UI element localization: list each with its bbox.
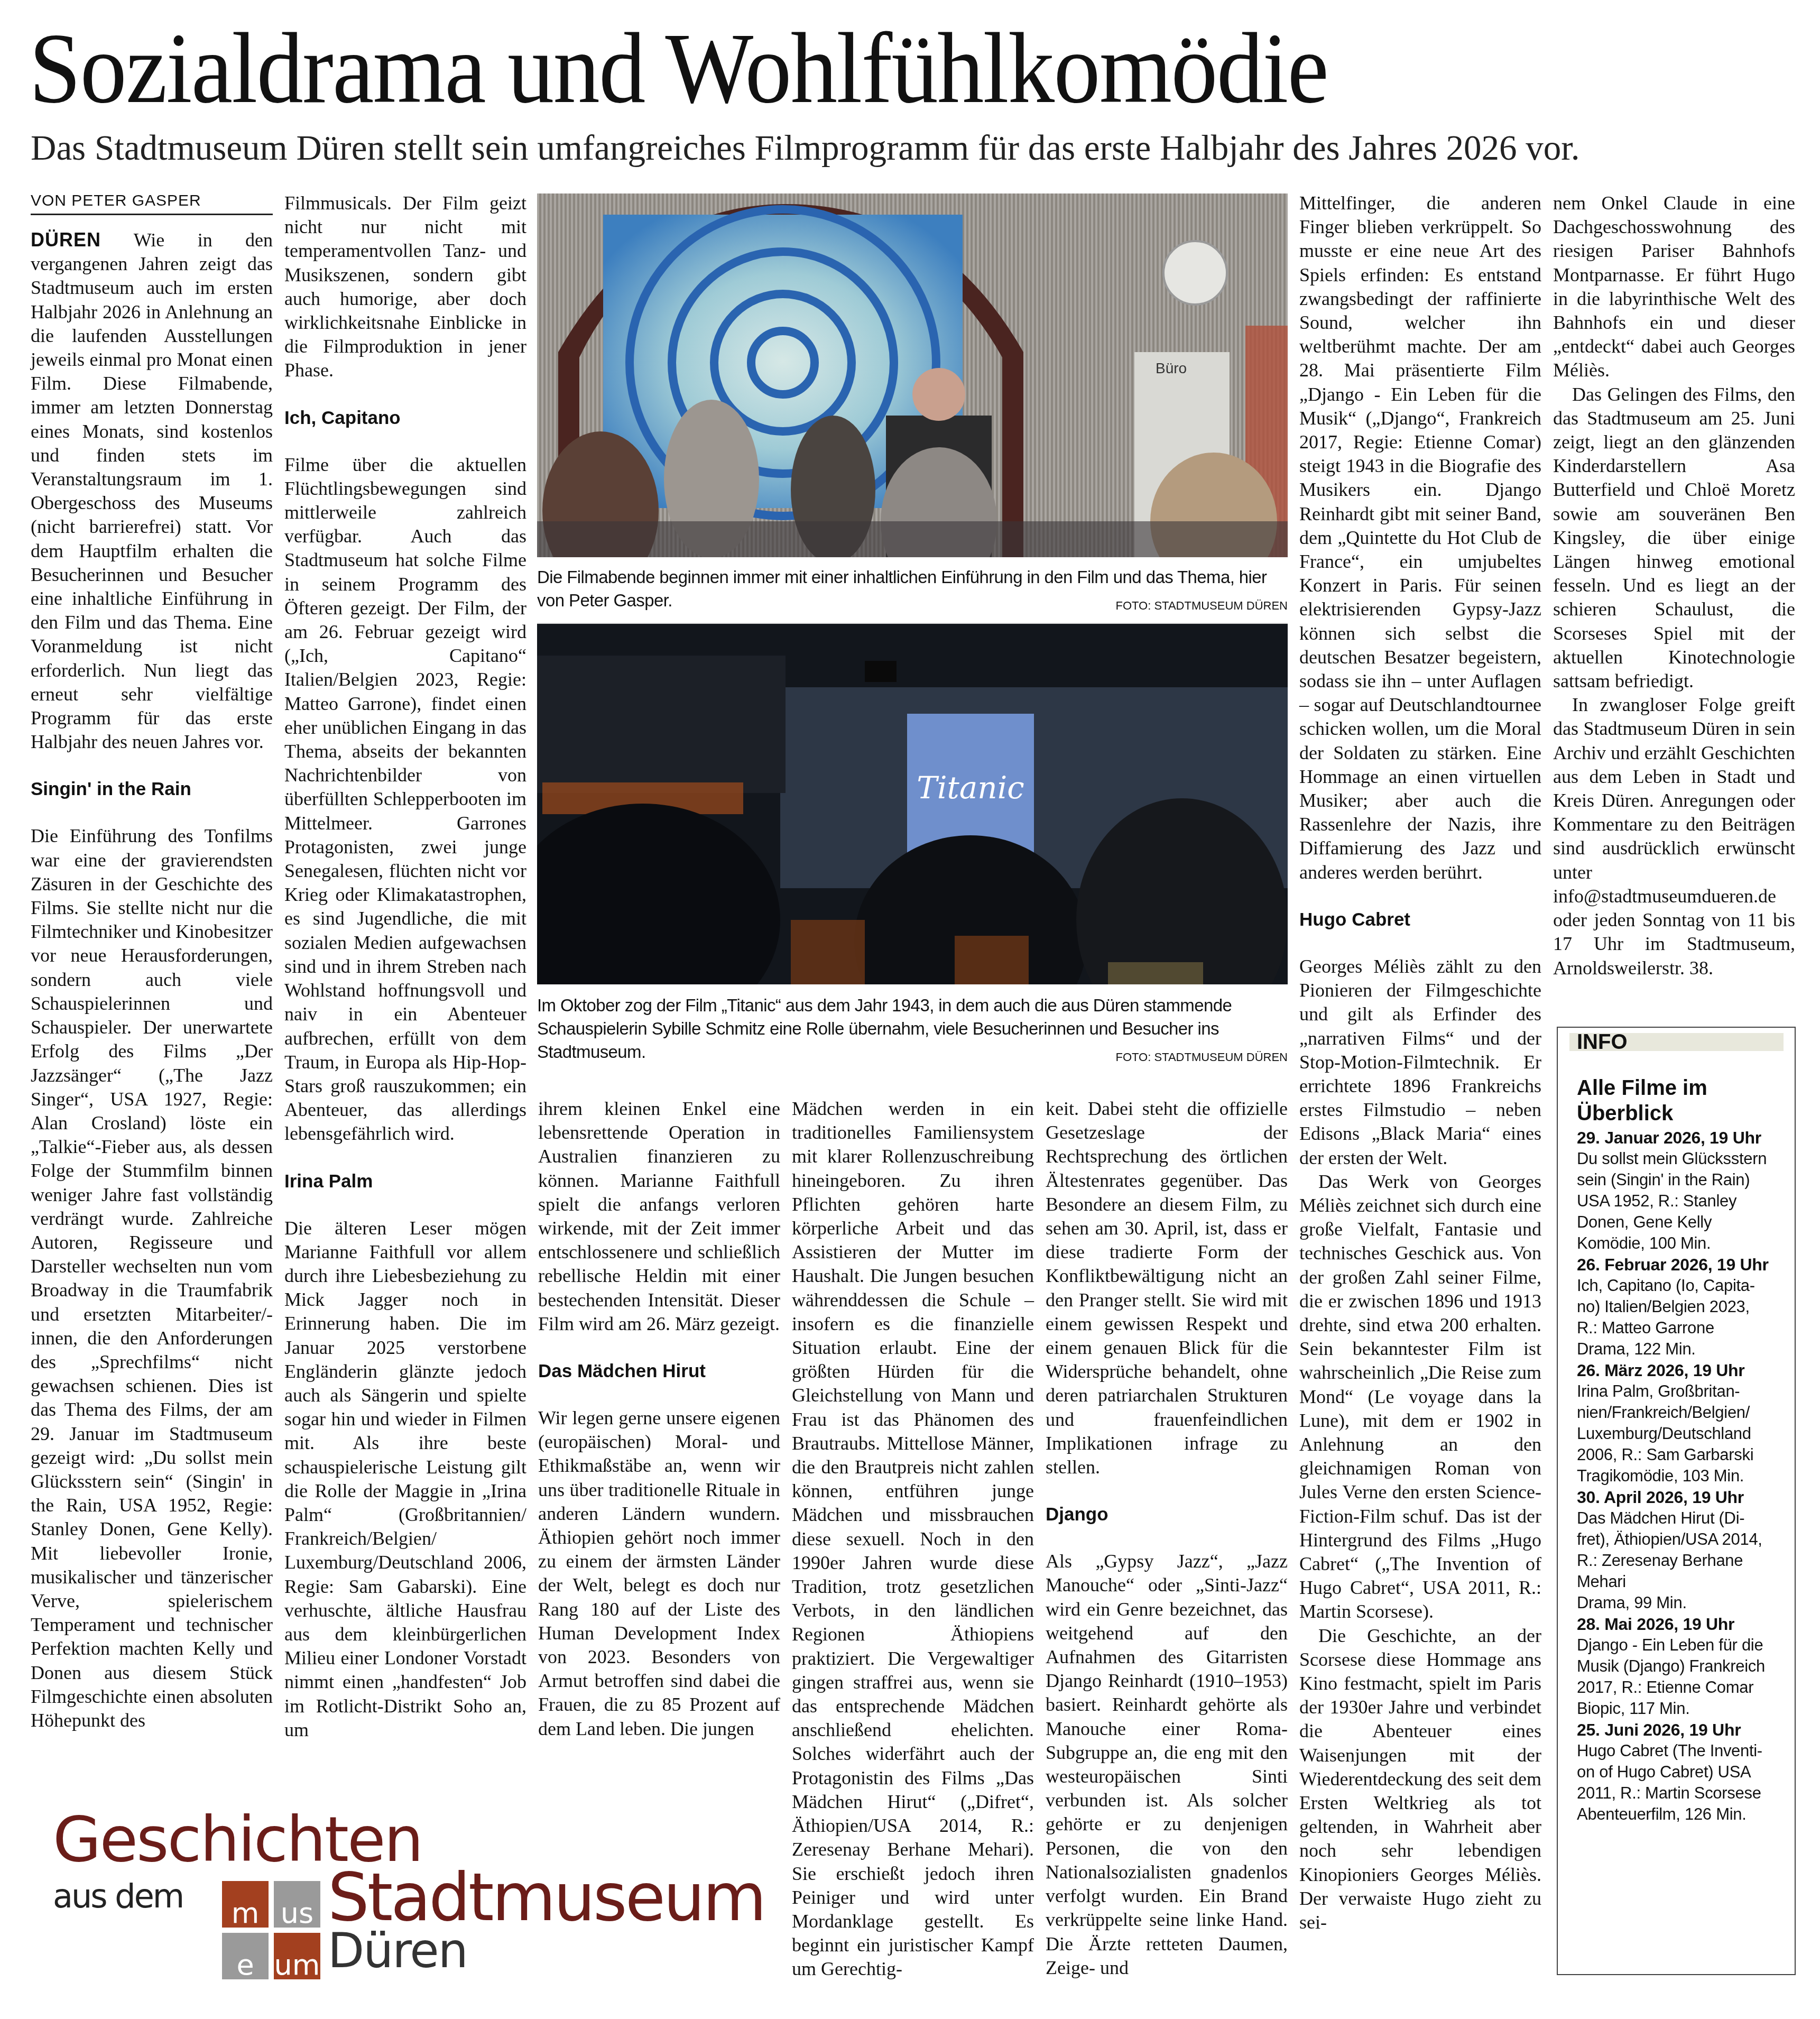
film-detail: no) Italien/Belgien 2023, bbox=[1577, 1296, 1794, 1317]
film-entry: 28. Mai 2026, 19 Uhr Django - Ein Leben … bbox=[1577, 1614, 1794, 1719]
film-detail: Musik (Django) Frankreich bbox=[1577, 1656, 1794, 1677]
byline: VON PETER GASPER bbox=[31, 191, 273, 215]
stadtmuseum-logo: Geschichten aus dem m us e um Stadtmuseu… bbox=[53, 1803, 761, 1983]
film-detail: R.: Matteo Garrone bbox=[1577, 1317, 1794, 1339]
film-detail: 2006, R.: Sam Garbarski bbox=[1577, 1444, 1794, 1465]
body-paragraph: Filmmusicals. Der Film geizt nicht nur n… bbox=[284, 191, 526, 383]
projector bbox=[865, 661, 897, 682]
film-detail: Das Mädchen Hirut (Di- bbox=[1577, 1508, 1794, 1529]
film-detail: Abenteuerfilm, 126 Min. bbox=[1577, 1804, 1794, 1825]
screening-scene-illustration: Titanic bbox=[537, 624, 1288, 984]
film-detail: nien/Frankreich/Belgien/ bbox=[1577, 1402, 1794, 1423]
film-detail: USA 1952, R.: Stanley bbox=[1577, 1191, 1794, 1212]
section-heading-django: Django bbox=[1046, 1502, 1288, 1526]
section-heading-singin: Singin' in the Rain bbox=[31, 777, 273, 801]
film-entry: 30. April 2026, 19 Uhr Das Mädchen Hirut… bbox=[1577, 1487, 1794, 1614]
logo-tile-m: m bbox=[222, 1881, 269, 1928]
body-paragraph: keit. Dabei steht die offizielle Gesetze… bbox=[1046, 1097, 1288, 1479]
photo-film-introduction: Büro bbox=[537, 193, 1288, 557]
section-heading-hirut: Das Mädchen Hirut bbox=[538, 1359, 780, 1383]
photo-credit: FOTO: STADTMUSEUM DÜREN bbox=[1115, 594, 1288, 617]
logo-tile-us: us bbox=[274, 1881, 320, 1928]
lecture-scene-illustration: Büro bbox=[537, 193, 1288, 557]
intro-text: Wie in den vergangenen Jahren zeigt das … bbox=[31, 229, 273, 752]
film-detail: R.: Zeresenay Berhane bbox=[1577, 1550, 1794, 1571]
film-detail: Luxemburg/Deutschland bbox=[1577, 1423, 1794, 1444]
film-entry: 25. Juni 2026, 19 Uhr Hugo Cabret (The I… bbox=[1577, 1719, 1794, 1825]
body-paragraph: Das Werk von Georges Méliès zeichnet sic… bbox=[1299, 1170, 1541, 1624]
section-heading-hugo-cabret: Hugo Cabret bbox=[1299, 908, 1541, 932]
film-detail: Du sollst mein Glücksstern bbox=[1577, 1148, 1794, 1169]
film-detail: 2017, R.: Etienne Comar bbox=[1577, 1677, 1794, 1698]
film-date: 28. Mai 2026, 19 Uhr bbox=[1577, 1614, 1794, 1635]
film-date: 26. März 2026, 19 Uhr bbox=[1577, 1360, 1794, 1381]
body-paragraph: Filme über die aktuellen Flüchtlingsbewe… bbox=[284, 453, 526, 1146]
column-3: ihrem kleinen Enkel eine lebensrettende … bbox=[538, 1097, 780, 1741]
body-paragraph: Die Geschichte, an der Scorsese diese Ho… bbox=[1299, 1624, 1541, 1935]
column-5: keit. Dabei steht die offizielle Gesetze… bbox=[1046, 1097, 1288, 1980]
section-heading-irina-palm: Irina Palm bbox=[284, 1169, 526, 1193]
film-detail: 2011, R.: Martin Scorsese bbox=[1577, 1783, 1794, 1804]
film-detail: Hugo Cabret (The Inventi- bbox=[1577, 1740, 1794, 1762]
headline: Sozialdrama und Wohlfühlkomödie bbox=[29, 16, 1681, 122]
subheadline: Das Stadtmuseum Düren stellt sein umfang… bbox=[31, 127, 1580, 169]
logo-line-dueren: Düren bbox=[328, 1923, 467, 1979]
film-detail: Biopic, 117 Min. bbox=[1577, 1698, 1794, 1719]
photo-titanic-screening: Titanic bbox=[537, 624, 1288, 984]
info-title: Alle Filme im Überblick bbox=[1577, 1075, 1783, 1126]
film-detail: Tragikomödie, 103 Min. bbox=[1577, 1465, 1794, 1487]
film-detail: on of Hugo Cabret) USA bbox=[1577, 1762, 1794, 1783]
film-detail: Komödie, 100 Min. bbox=[1577, 1233, 1794, 1254]
photo-caption-1: Die Filmabende beginnen immer mit einer … bbox=[537, 566, 1288, 624]
film-date: 30. April 2026, 19 Uhr bbox=[1577, 1487, 1794, 1508]
body-paragraph: Die älteren Leser mögen Marianne Faithfu… bbox=[284, 1216, 526, 1742]
wall-clock bbox=[1163, 241, 1227, 305]
logo-line-aus-dem: aus dem bbox=[53, 1877, 183, 1915]
film-entry: 26. Februar 2026, 19 Uhr Ich, Capitano (… bbox=[1577, 1254, 1794, 1360]
section-heading-capitano: Ich, Capitano bbox=[284, 406, 526, 430]
body-paragraph: Die Einführung des Tonfilms war eine der… bbox=[31, 824, 273, 1732]
film-date: 29. Januar 2026, 19 Uhr bbox=[1577, 1127, 1794, 1148]
film-date: 25. Juni 2026, 19 Uhr bbox=[1577, 1719, 1794, 1740]
screen-title: Titanic bbox=[917, 770, 1024, 806]
film-detail: Mehari bbox=[1577, 1571, 1794, 1592]
body-paragraph: Mädchen werden in ein traditionelles Fam… bbox=[792, 1097, 1034, 1981]
intro-paragraph: DÜREN Wie in den vergangenen Jahren zeig… bbox=[31, 228, 273, 754]
photo-caption-2: Im Oktober zog der Film „Titanic“ aus de… bbox=[537, 994, 1288, 1069]
column-1: VON PETER GASPER DÜREN Wie in den vergan… bbox=[31, 191, 273, 1732]
door-sign: Büro bbox=[1156, 360, 1187, 376]
contact-paragraph: In zwangloser Folge greift das Stadtmuse… bbox=[1553, 693, 1795, 980]
body-paragraph: Als „Gypsy Jazz“, „Jazz Manouche“ oder „… bbox=[1046, 1550, 1288, 1980]
column-4: Mädchen werden in ein traditionelles Fam… bbox=[792, 1097, 1034, 1981]
body-paragraph: Georges Méliès zählt zu den Pionieren de… bbox=[1299, 955, 1541, 1170]
dateline: DÜREN bbox=[31, 229, 101, 251]
body-paragraph: Mittelfinger, die anderen Finger blieben… bbox=[1299, 191, 1541, 884]
film-detail: sein (Singin' in the Rain) bbox=[1577, 1169, 1794, 1191]
body-paragraph: Das Gelingen des Films, den das Stadtmus… bbox=[1553, 383, 1795, 694]
film-schedule-list: 29. Januar 2026, 19 Uhr Du sollst mein G… bbox=[1577, 1127, 1794, 1825]
logo-tile-e: e bbox=[222, 1933, 269, 1979]
info-label: INFO bbox=[1569, 1033, 1784, 1051]
info-box: INFO Alle Filme im Überblick 29. Januar … bbox=[1557, 1027, 1796, 1975]
film-entry: 26. März 2026, 19 Uhr Irina Palm, Großbr… bbox=[1577, 1360, 1794, 1487]
film-date: 26. Februar 2026, 19 Uhr bbox=[1577, 1254, 1794, 1275]
film-detail: Irina Palm, Großbritan- bbox=[1577, 1381, 1794, 1402]
body-paragraph: nem Onkel Claude in eine Dachgeschosswoh… bbox=[1553, 191, 1795, 383]
column-2: Filmmusicals. Der Film geizt nicht nur n… bbox=[284, 191, 526, 1742]
film-detail: Drama, 122 Min. bbox=[1577, 1339, 1794, 1360]
film-entry: 29. Januar 2026, 19 Uhr Du sollst mein G… bbox=[1577, 1127, 1794, 1254]
logo-tile-um: um bbox=[274, 1933, 320, 1979]
column-7: nem Onkel Claude in eine Dachgeschosswoh… bbox=[1553, 191, 1795, 980]
film-detail: Donen, Gene Kelly bbox=[1577, 1212, 1794, 1233]
photo-credit: FOTO: STADTMUSEUM DÜREN bbox=[1115, 1046, 1288, 1069]
film-detail: Drama, 99 Min. bbox=[1577, 1592, 1794, 1614]
column-6: Mittelfinger, die anderen Finger blieben… bbox=[1299, 191, 1541, 1934]
film-detail: Ich, Capitano (Io, Capita- bbox=[1577, 1275, 1794, 1296]
film-detail: fret), Äthiopien/USA 2014, bbox=[1577, 1529, 1794, 1550]
body-paragraph: ihrem kleinen Enkel eine lebensrettende … bbox=[538, 1097, 780, 1336]
film-detail: Django - Ein Leben für die bbox=[1577, 1635, 1794, 1656]
body-paragraph: Wir legen gerne unsere eigenen (europäis… bbox=[538, 1406, 780, 1741]
